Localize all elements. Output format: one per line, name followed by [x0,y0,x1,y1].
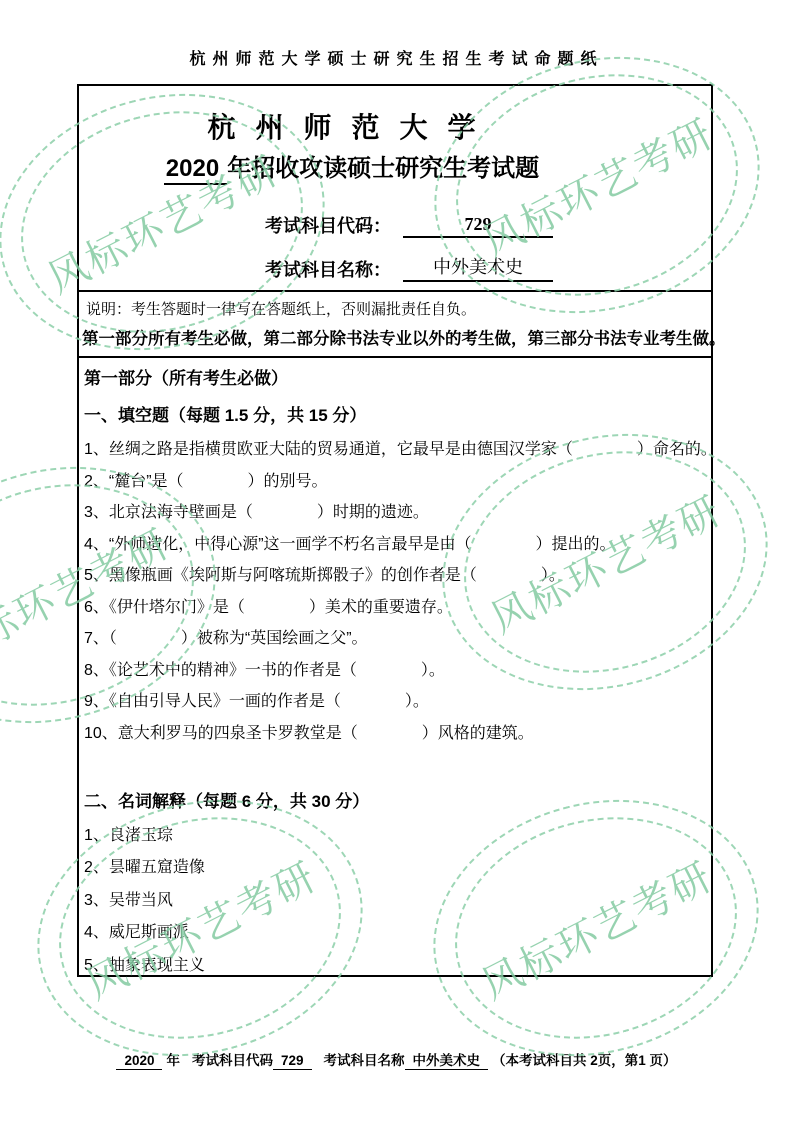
subject-name-value: 中外美术史 [403,253,553,282]
question-item: 8、《论艺术中的精神》一书的作者是（ ）。 [84,661,707,680]
subject-name-row: 考试科目名称：中外美术史 [265,253,553,282]
exam-paper-page: 杭州师范大学硕士研究生招生考试命题纸 杭州师范大学 2020年招收攻读硕士研究生… [0,0,793,1122]
question-item: 5、黑像瓶画《埃阿斯与阿喀琉斯掷骰子》的创作者是（ ）。 [84,566,707,585]
question-item: 9、《自由引导人民》一画的作者是（ ）。 [84,692,707,711]
subject-code-label: 考试科目代码： [265,216,391,236]
section1-heading: 一、填空题（每题 1.5 分，共 15 分） [84,401,707,426]
exam-year: 2020 [164,155,227,185]
footer-name-label: 考试科目名称 [324,1053,405,1068]
term-item: 4、威尼斯画派 [84,923,707,942]
question-item: 10、意大利罗马的四泉圣卡罗教堂是（ ）风格的建筑。 [84,724,707,743]
part1-heading: 第一部分（所有考生必做） [84,364,707,389]
exam-box: 杭州师范大学 2020年招收攻读硕士研究生考试题 考试科目代码：729 考试科目… [77,84,713,977]
fill-in-blank-list: 1、丝绸之路是指横贯欧亚大陆的贸易通道，它最早是由德国汉学家（ ）命名的。 2、… [84,440,707,743]
notice-section: 说明：考生答题时一律写在答题纸上，否则漏批责任自负。 第一部分所有考生必做，第二… [79,290,711,356]
footer-name-value: 中外美术史 [405,1053,489,1070]
term-item: 2、昙曜五窟造像 [84,858,707,877]
notice-line: 说明：考生答题时一律写在答题纸上，否则漏批责任自负。 [79,292,711,319]
university-name: 杭州师范大学 [79,106,624,146]
footer-code-label: 考试科目代码 [192,1053,273,1068]
question-item: 4、“外师造化，中得心源”这一画学不朽名言最早是由（ ）提出的。 [84,535,707,554]
subject-code-row: 考试科目代码：729 [265,212,553,238]
questions-section: 第一部分（所有考生必做） 一、填空题（每题 1.5 分，共 15 分） 1、丝绸… [79,356,711,975]
question-item: 7、（ ）被称为“英国绘画之父”。 [84,629,707,648]
subject-code-value: 729 [403,214,553,238]
question-item: 6、《伊什塔尔门》是（ ）美术的重要遗存。 [84,598,707,617]
footer-code-value: 729 [273,1053,312,1070]
footer-page-info: （本考试科目共 2页，第1 页） [492,1053,677,1068]
question-item: 3、北京法海寺壁画是（ ）时期的遗迹。 [84,503,707,522]
footer-year-suffix: 年 [166,1053,180,1068]
section2-heading: 二、名词解释（每题 6 分，共 30 分） [84,787,707,812]
term-item: 3、吴带当风 [84,891,707,910]
page-footer: 2020年考试科目代码729考试科目名称中外美术史（本考试科目共 2页，第1 页… [0,1049,793,1069]
exam-title: 2020年招收攻读硕士研究生考试题 [79,148,624,183]
question-item: 2、“麓台”是（ ）的别号。 [84,472,707,491]
term-item: 1、良渚玉琮 [84,826,707,845]
paper-header-title: 杭州师范大学硕士研究生招生考试命题纸 [0,46,793,69]
subject-name-label: 考试科目名称： [265,260,391,280]
title-section: 杭州师范大学 2020年招收攻读硕士研究生考试题 考试科目代码：729 考试科目… [79,86,711,290]
parts-instruction-line: 第一部分所有考生必做，第二部分除书法专业以外的考生做，第三部分书法专业考生做。 [79,319,711,349]
term-item: 5、抽象表现主义 [84,956,707,975]
question-item: 1、丝绸之路是指横贯欧亚大陆的贸易通道，它最早是由德国汉学家（ ）命名的。 [84,440,707,459]
exam-title-text: 年招收攻读硕士研究生考试题 [227,155,539,182]
term-list: 1、良渚玉琮 2、昙曜五窟造像 3、吴带当风 4、威尼斯画派 5、抽象表现主义 [84,826,707,975]
footer-year: 2020 [116,1053,162,1070]
